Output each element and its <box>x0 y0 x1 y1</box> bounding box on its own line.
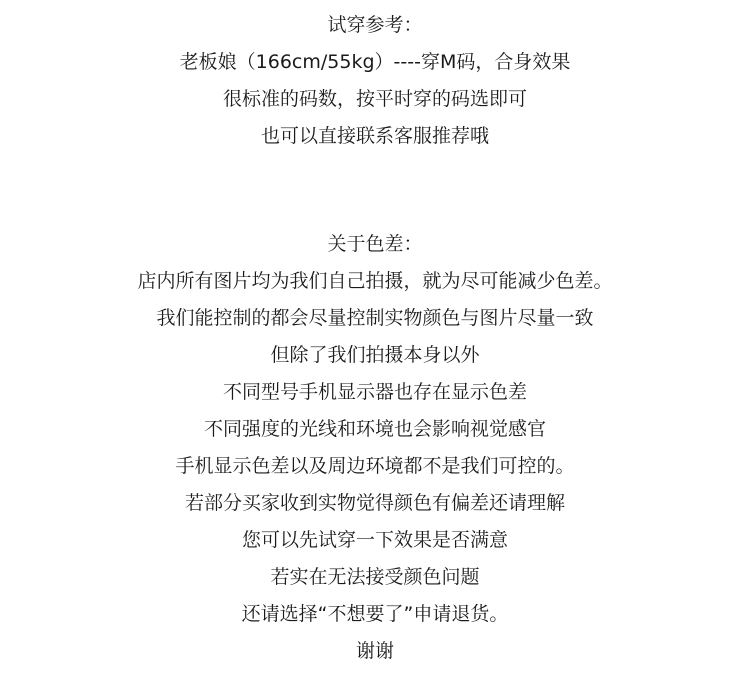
color-difference-line: 不同强度的光线和环境也会影响视觉感官 <box>0 411 750 448</box>
color-difference-line: 店内所有图片均为我们自己拍摄，就为尽可能减少色差。 <box>0 263 750 300</box>
color-difference-line: 手机显示色差以及周边环境都不是我们可控的。 <box>0 448 750 485</box>
color-difference-line: 我们能控制的都会尽量控制实物颜色与图片尽量一致 <box>0 300 750 337</box>
fitting-reference-section: 试穿参考： 老板娘（166cm/55kg）----穿M码，合身效果 很标准的码数… <box>0 7 750 155</box>
thank-you-line: 谢谢 <box>0 633 750 670</box>
color-difference-line: 还请选择“不想要了”申请退货。 <box>0 596 750 633</box>
color-difference-line: 不同型号手机显示器也存在显示色差 <box>0 374 750 411</box>
color-difference-line: 若实在无法接受颜色问题 <box>0 559 750 596</box>
fitting-reference-line: 也可以直接联系客服推荐哦 <box>0 118 750 155</box>
fitting-reference-line: 很标准的码数，按平时穿的码选即可 <box>0 81 750 118</box>
color-difference-heading: 关于色差： <box>0 226 750 263</box>
color-difference-line: 但除了我们拍摄本身以外 <box>0 337 750 374</box>
fitting-reference-heading: 试穿参考： <box>0 7 750 44</box>
color-difference-line: 若部分买家收到实物觉得颜色有偏差还请理解 <box>0 485 750 522</box>
fitting-reference-line: 老板娘（166cm/55kg）----穿M码，合身效果 <box>0 44 750 81</box>
color-difference-line: 您可以先试穿一下效果是否满意 <box>0 522 750 559</box>
color-difference-section: 关于色差： 店内所有图片均为我们自己拍摄，就为尽可能减少色差。 我们能控制的都会… <box>0 226 750 670</box>
